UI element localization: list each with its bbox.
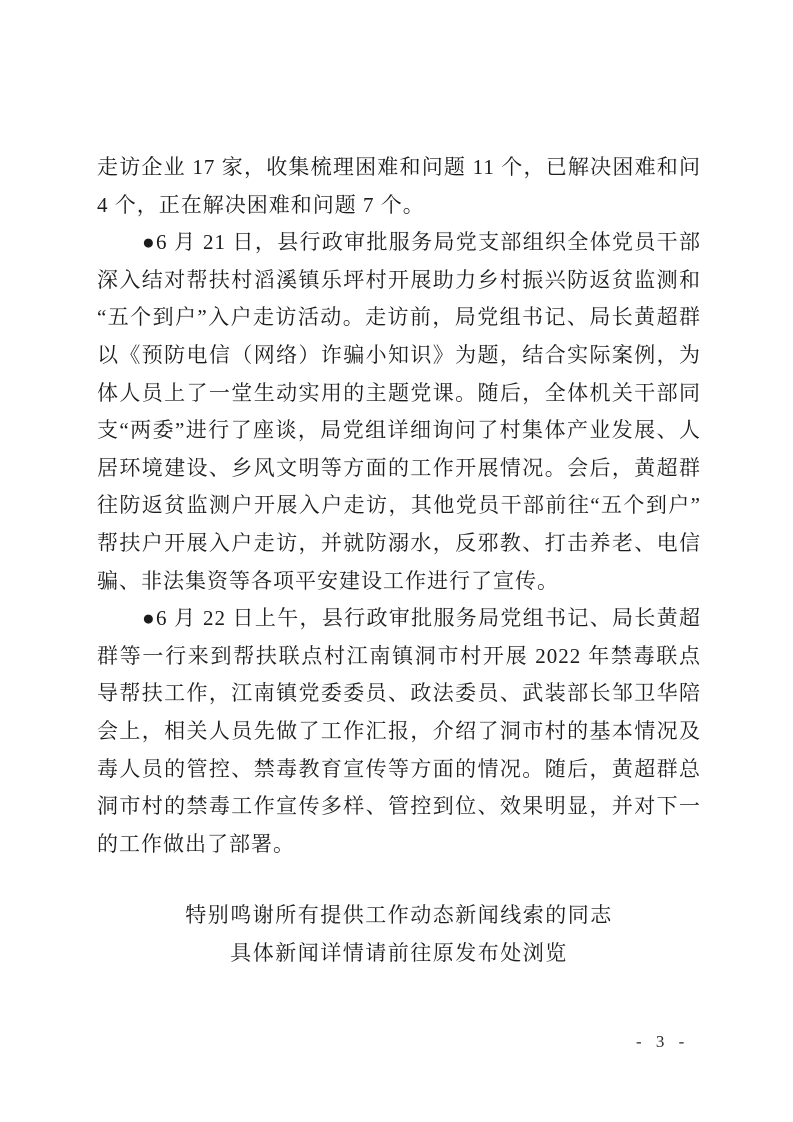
text-line: ●6 月 21 日，县行政审批服务局党支部组织全体党员干部: [97, 224, 701, 262]
text-line: 毒人员的管控、禁毒教育宣传等方面的情况。随后，黄超群总结: [97, 751, 701, 789]
paragraphs: 走访企业 17 家，收集梳理困难和问题 11 个，已解决困难和问题4 个，正在解…: [97, 149, 701, 863]
text-line: 群等一行来到帮扶联点村江南镇洞市村开展 2022 年禁毒联点督: [97, 638, 701, 676]
text-line: 洞市村的禁毒工作宣传多样、管控到位、效果明显，并对下一步: [97, 788, 701, 826]
document-body: 走访企业 17 家，收集梳理困难和问题 11 个，已解决困难和问题4 个，正在解…: [97, 149, 701, 972]
text-line: 导帮扶工作，江南镇党委委员、政法委员、武装部长邹卫华陪同。: [97, 675, 701, 713]
document-page: 走访企业 17 家，收集梳理困难和问题 11 个，已解决困难和问题4 个，正在解…: [0, 0, 793, 1122]
paragraph: ●6 月 21 日，县行政审批服务局党支部组织全体党员干部深入结对帮扶村滔溪镇乐…: [97, 224, 701, 600]
text-line: 会上，相关人员先做了工作汇报，介绍了洞市村的基本情况及吸: [97, 713, 701, 751]
text-line: 走访企业 17 家，收集梳理困难和问题 11 个，已解决困难和问题: [97, 149, 701, 187]
note-line: 特别鸣谢所有提供工作动态新闻线索的同志: [97, 897, 701, 935]
text-line: “五个到户”入户走访活动。走访前，局党组书记、局长黄超群: [97, 299, 701, 337]
text-line: 4 个，正在解决困难和问题 7 个。: [97, 187, 701, 225]
paragraph: ●6 月 22 日上午，县行政审批服务局党组书记、局长黄超群等一行来到帮扶联点村…: [97, 600, 701, 863]
text-line: 骗、非法集资等各项平安建设工作进行了宣传。: [97, 563, 701, 601]
page-number: - 3 -: [636, 1032, 689, 1052]
paragraph: 走访企业 17 家，收集梳理困难和问题 11 个，已解决困难和问题4 个，正在解…: [97, 149, 701, 224]
text-line: 体人员上了一堂生动实用的主题党课。随后，全体机关干部同村: [97, 375, 701, 413]
note-line: 具体新闻详情请前往原发布处浏览: [97, 935, 701, 973]
text-line: 支“两委”进行了座谈，局党组详细询问了村集体产业发展、人: [97, 412, 701, 450]
text-line: 以《预防电信（网络）诈骗小知识》为题，结合实际案例，为全: [97, 337, 701, 375]
text-line: 深入结对帮扶村滔溪镇乐坪村开展助力乡村振兴防返贫监测和: [97, 262, 701, 300]
text-line: 帮扶户开展入户走访，并就防溺水，反邪教、打击养老、电信诈: [97, 525, 701, 563]
text-line: 的工作做出了部署。: [97, 826, 701, 864]
text-line: 往防返贫监测户开展入户走访，其他党员干部前往“五个到户”: [97, 487, 701, 525]
closing-notes: 特别鸣谢所有提供工作动态新闻线索的同志具体新闻详情请前往原发布处浏览: [97, 897, 701, 972]
text-line: ●6 月 22 日上午，县行政审批服务局党组书记、局长黄超: [97, 600, 701, 638]
text-line: 居环境建设、乡风文明等方面的工作开展情况。会后，黄超群前: [97, 450, 701, 488]
